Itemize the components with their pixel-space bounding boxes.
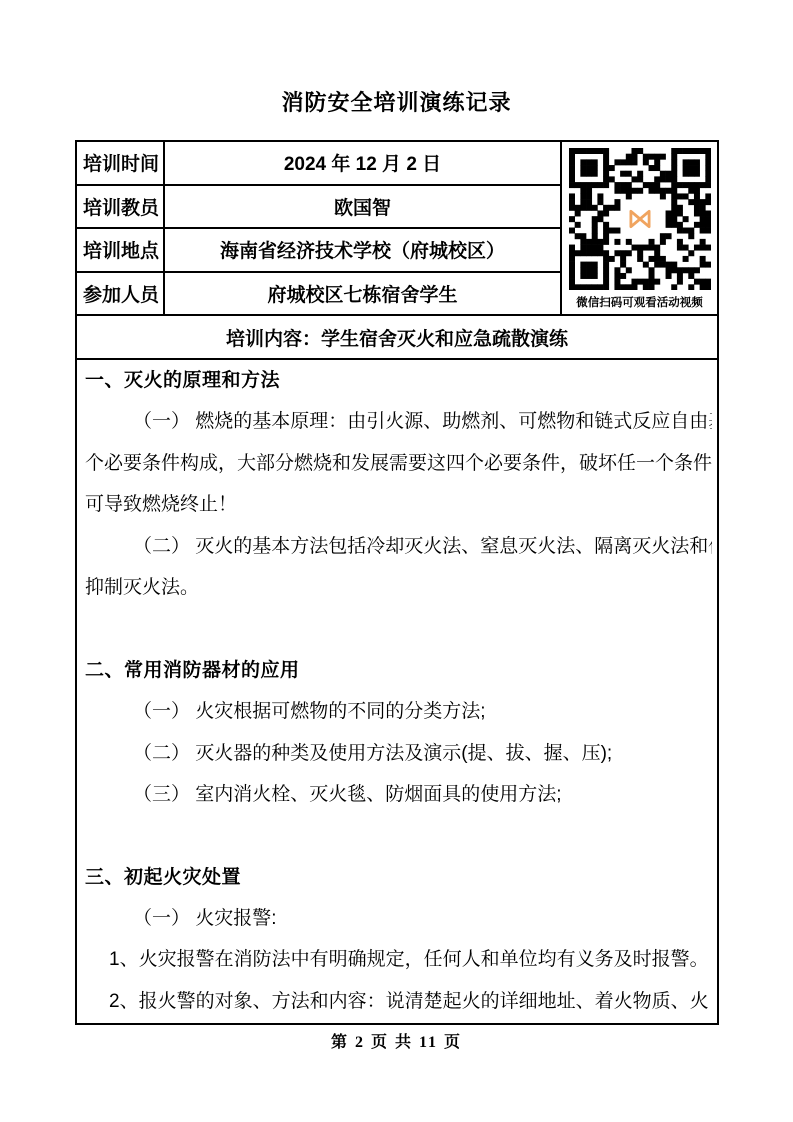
content-line: 2、报火警的对象、方法和内容：说清楚起火的详细地址、着火物质、火	[81, 981, 712, 1022]
value-training-instructor: 欧国智	[165, 186, 562, 230]
content-line: （一） 燃烧的基本原理：由引火源、助燃剂、可燃物和链式反应自由基四	[81, 401, 712, 442]
content-line: 可导致燃烧终止！	[81, 484, 712, 525]
qr-cell: 微信扫码可观看活动视频	[562, 142, 717, 316]
content-line: 一、灭火的原理和方法	[81, 360, 712, 401]
content-line: 二、常用消防器材的应用	[81, 650, 712, 691]
content-line	[81, 608, 712, 649]
qr-caption: 微信扫码可观看活动视频	[576, 294, 703, 310]
label-training-location: 培训地点	[77, 229, 165, 273]
content-line: 三、初起火灾处置	[81, 857, 712, 898]
content-line: 个必要条件构成，大部分燃烧和发展需要这四个必要条件，破坏任一个条件都	[81, 443, 712, 484]
content-line: 抑制灭火法。	[81, 567, 712, 608]
label-training-time: 培训时间	[77, 142, 165, 186]
page-title: 消防安全培训演练记录	[0, 86, 793, 117]
content-line: （二） 灭火的基本方法包括冷却灭火法、窒息灭火法、隔离灭火法和化学	[81, 526, 712, 567]
wechat-channels-logo-icon	[612, 191, 668, 247]
label-training-instructor: 培训教员	[77, 186, 165, 230]
page-number: 第 2 页 共 11 页	[0, 1029, 793, 1052]
training-content-body: 一、灭火的原理和方法（一） 燃烧的基本原理：由引火源、助燃剂、可燃物和链式反应自…	[77, 360, 717, 1023]
label-participants: 参加人员	[77, 273, 165, 317]
training-record-table: 培训时间 2024 年 12 月 2 日 微信扫码可观看活动视频 培训教员 欧国…	[75, 140, 719, 1025]
value-participants: 府城校区七栋宿舍学生	[165, 273, 562, 317]
content-line	[81, 815, 712, 856]
value-training-location: 海南省经济技术学校（府城校区）	[165, 229, 562, 273]
document-page: 消防安全培训演练记录 培训时间 2024 年 12 月 2 日 微信扫码可观看活…	[0, 0, 793, 1122]
content-line: 1、火灾报警在消防法中有明确规定，任何人和单位均有义务及时报警。	[81, 939, 712, 980]
training-content-header: 培训内容：学生宿舍灭火和应急疏散演练	[77, 316, 717, 360]
content-line: （二） 灭火器的种类及使用方法及演示(提、拔、握、压);	[81, 733, 712, 774]
value-training-time: 2024 年 12 月 2 日	[165, 142, 562, 186]
wechat-qr-code-icon	[569, 148, 711, 290]
content-line: （三） 室内消火栓、灭火毯、防烟面具的使用方法;	[81, 774, 712, 815]
content-line: （一） 火灾根据可燃物的不同的分类方法;	[81, 691, 712, 732]
content-line: （一） 火灾报警:	[81, 898, 712, 939]
